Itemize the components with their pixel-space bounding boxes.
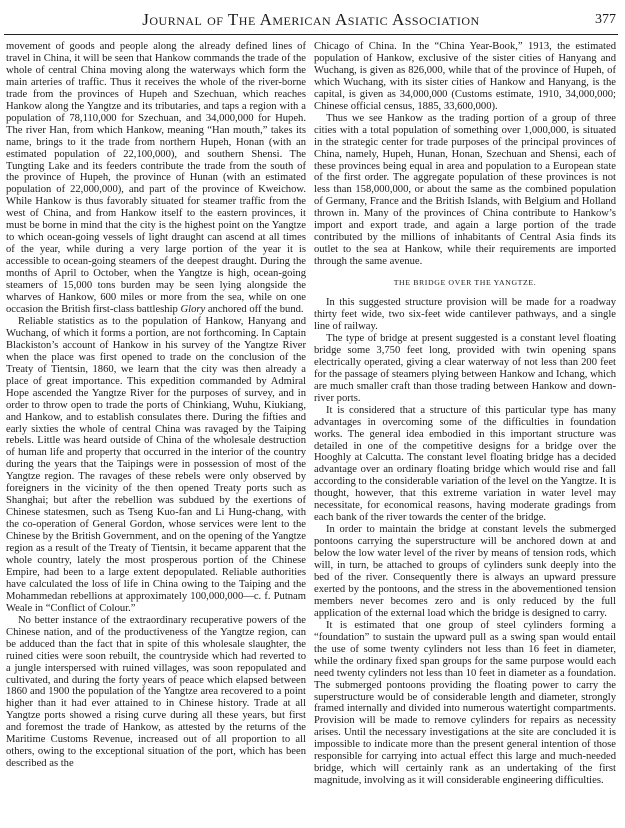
left-column: movement of goods and people along the a… <box>6 41 306 770</box>
paragraph: The type of bridge at present suggested … <box>314 333 616 405</box>
paragraph: movement of goods and people along the a… <box>6 41 306 316</box>
paragraph: In this suggested structure provision wi… <box>314 297 616 333</box>
paragraph: Thus we see Hankow as the trading portio… <box>314 113 616 268</box>
paragraph: It is considered that a structure of thi… <box>314 405 616 525</box>
paragraph: Reliable statistics as to the population… <box>6 316 306 615</box>
right-column: Chicago of China. In the “China Year-Boo… <box>314 41 616 787</box>
ship-name: Glory <box>180 304 205 315</box>
paragraph: Chicago of China. In the “China Year-Boo… <box>314 41 616 113</box>
journal-title: Journal of The American Asiatic Associat… <box>4 10 618 30</box>
paragraph: In order to maintain the bridge at const… <box>314 524 616 620</box>
section-heading: THE BRIDGE OVER THE YANGTZE. <box>314 277 616 289</box>
running-header: Journal of The American Asiatic Associat… <box>4 6 618 35</box>
paragraph: It is estimated that one group of steel … <box>314 620 616 787</box>
page-number: 377 <box>595 12 616 28</box>
paragraph-text: movement of goods and people along the a… <box>6 41 306 315</box>
paragraph: No better instance of the extraordinary … <box>6 615 306 770</box>
paragraph-text-tail: anchored off the bund. <box>205 304 303 315</box>
